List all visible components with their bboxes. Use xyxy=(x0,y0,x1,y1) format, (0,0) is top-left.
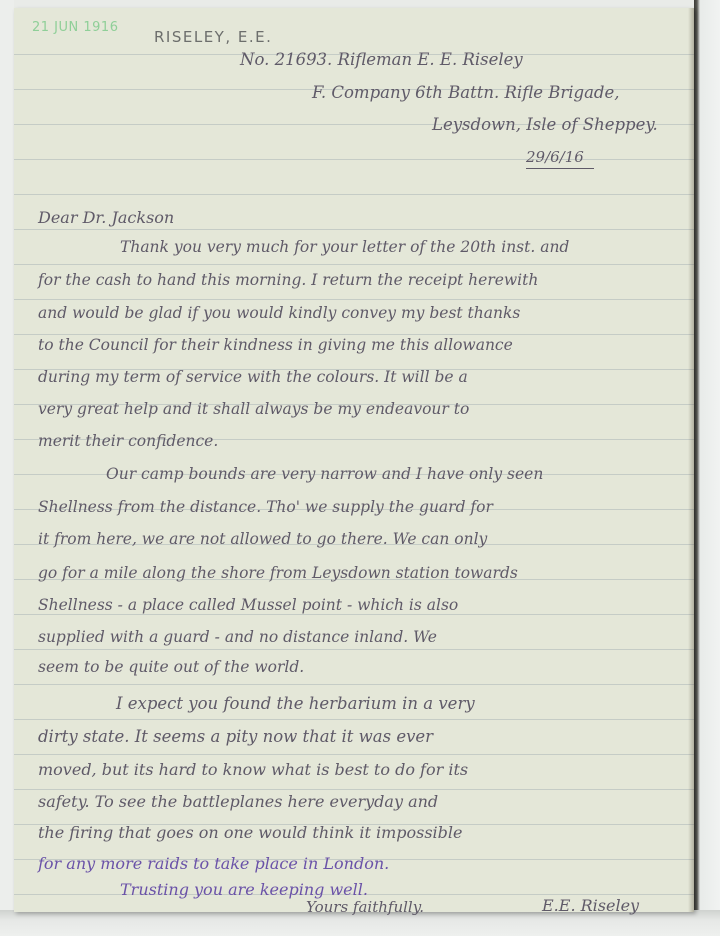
body-line: Shellness - a place called Mussel point … xyxy=(38,596,458,614)
body-line: seem to be quite out of the world. xyxy=(38,658,304,676)
body-line: Our camp bounds are very narrow and I ha… xyxy=(106,465,543,483)
date-received-stamp: 21 JUN 1916 xyxy=(32,20,118,35)
address-line-3: Leysdown, Isle of Sheppey. xyxy=(432,115,658,134)
body-line: it from here, we are not allowed to go t… xyxy=(38,530,487,548)
closing: Yours faithfully. xyxy=(306,898,424,916)
body-line: merit their confidence. xyxy=(38,432,218,450)
body-line: Trusting you are keeping well. xyxy=(120,880,368,899)
body-line: moved, but its hard to know what is best… xyxy=(38,760,468,779)
backdrop-left xyxy=(0,0,14,936)
letter-page: 21 JUN 1916 RISELEY, E.E. No. 21693. Rif… xyxy=(14,8,694,912)
salutation: Dear Dr. Jackson xyxy=(38,208,174,227)
body-line: for any more raids to take place in Lond… xyxy=(38,854,389,873)
body-line: very great help and it shall always be m… xyxy=(38,400,469,418)
body-line: for the cash to hand this morning. I ret… xyxy=(38,271,538,289)
body-line: Thank you very much for your letter of t… xyxy=(120,238,569,256)
body-line: safety. To see the battleplanes here eve… xyxy=(38,792,438,811)
body-line: go for a mile along the shore from Leysd… xyxy=(38,564,518,582)
body-line: I expect you found the herbarium in a ve… xyxy=(116,694,475,713)
body-line: during my term of service with the colou… xyxy=(38,368,468,386)
backdrop-binder-edge xyxy=(694,0,720,936)
letter-date: 29/6/16 xyxy=(526,148,594,169)
address-line-1: No. 21693. Rifleman E. E. Riseley xyxy=(240,50,523,69)
body-line: the firing that goes on one would think … xyxy=(38,823,462,842)
address-line-2: F. Company 6th Battn. Rifle Brigade, xyxy=(312,83,619,102)
body-line: Shellness from the distance. Tho' we sup… xyxy=(38,498,493,516)
signature: E.E. Riseley xyxy=(542,896,639,915)
archive-name-label: RISELEY, E.E. xyxy=(154,28,272,46)
body-line: supplied with a guard - and no distance … xyxy=(38,628,437,646)
body-line: and would be glad if you would kindly co… xyxy=(38,304,520,322)
body-line: dirty state. It seems a pity now that it… xyxy=(38,727,433,746)
body-line: to the Council for their kindness in giv… xyxy=(38,336,513,354)
